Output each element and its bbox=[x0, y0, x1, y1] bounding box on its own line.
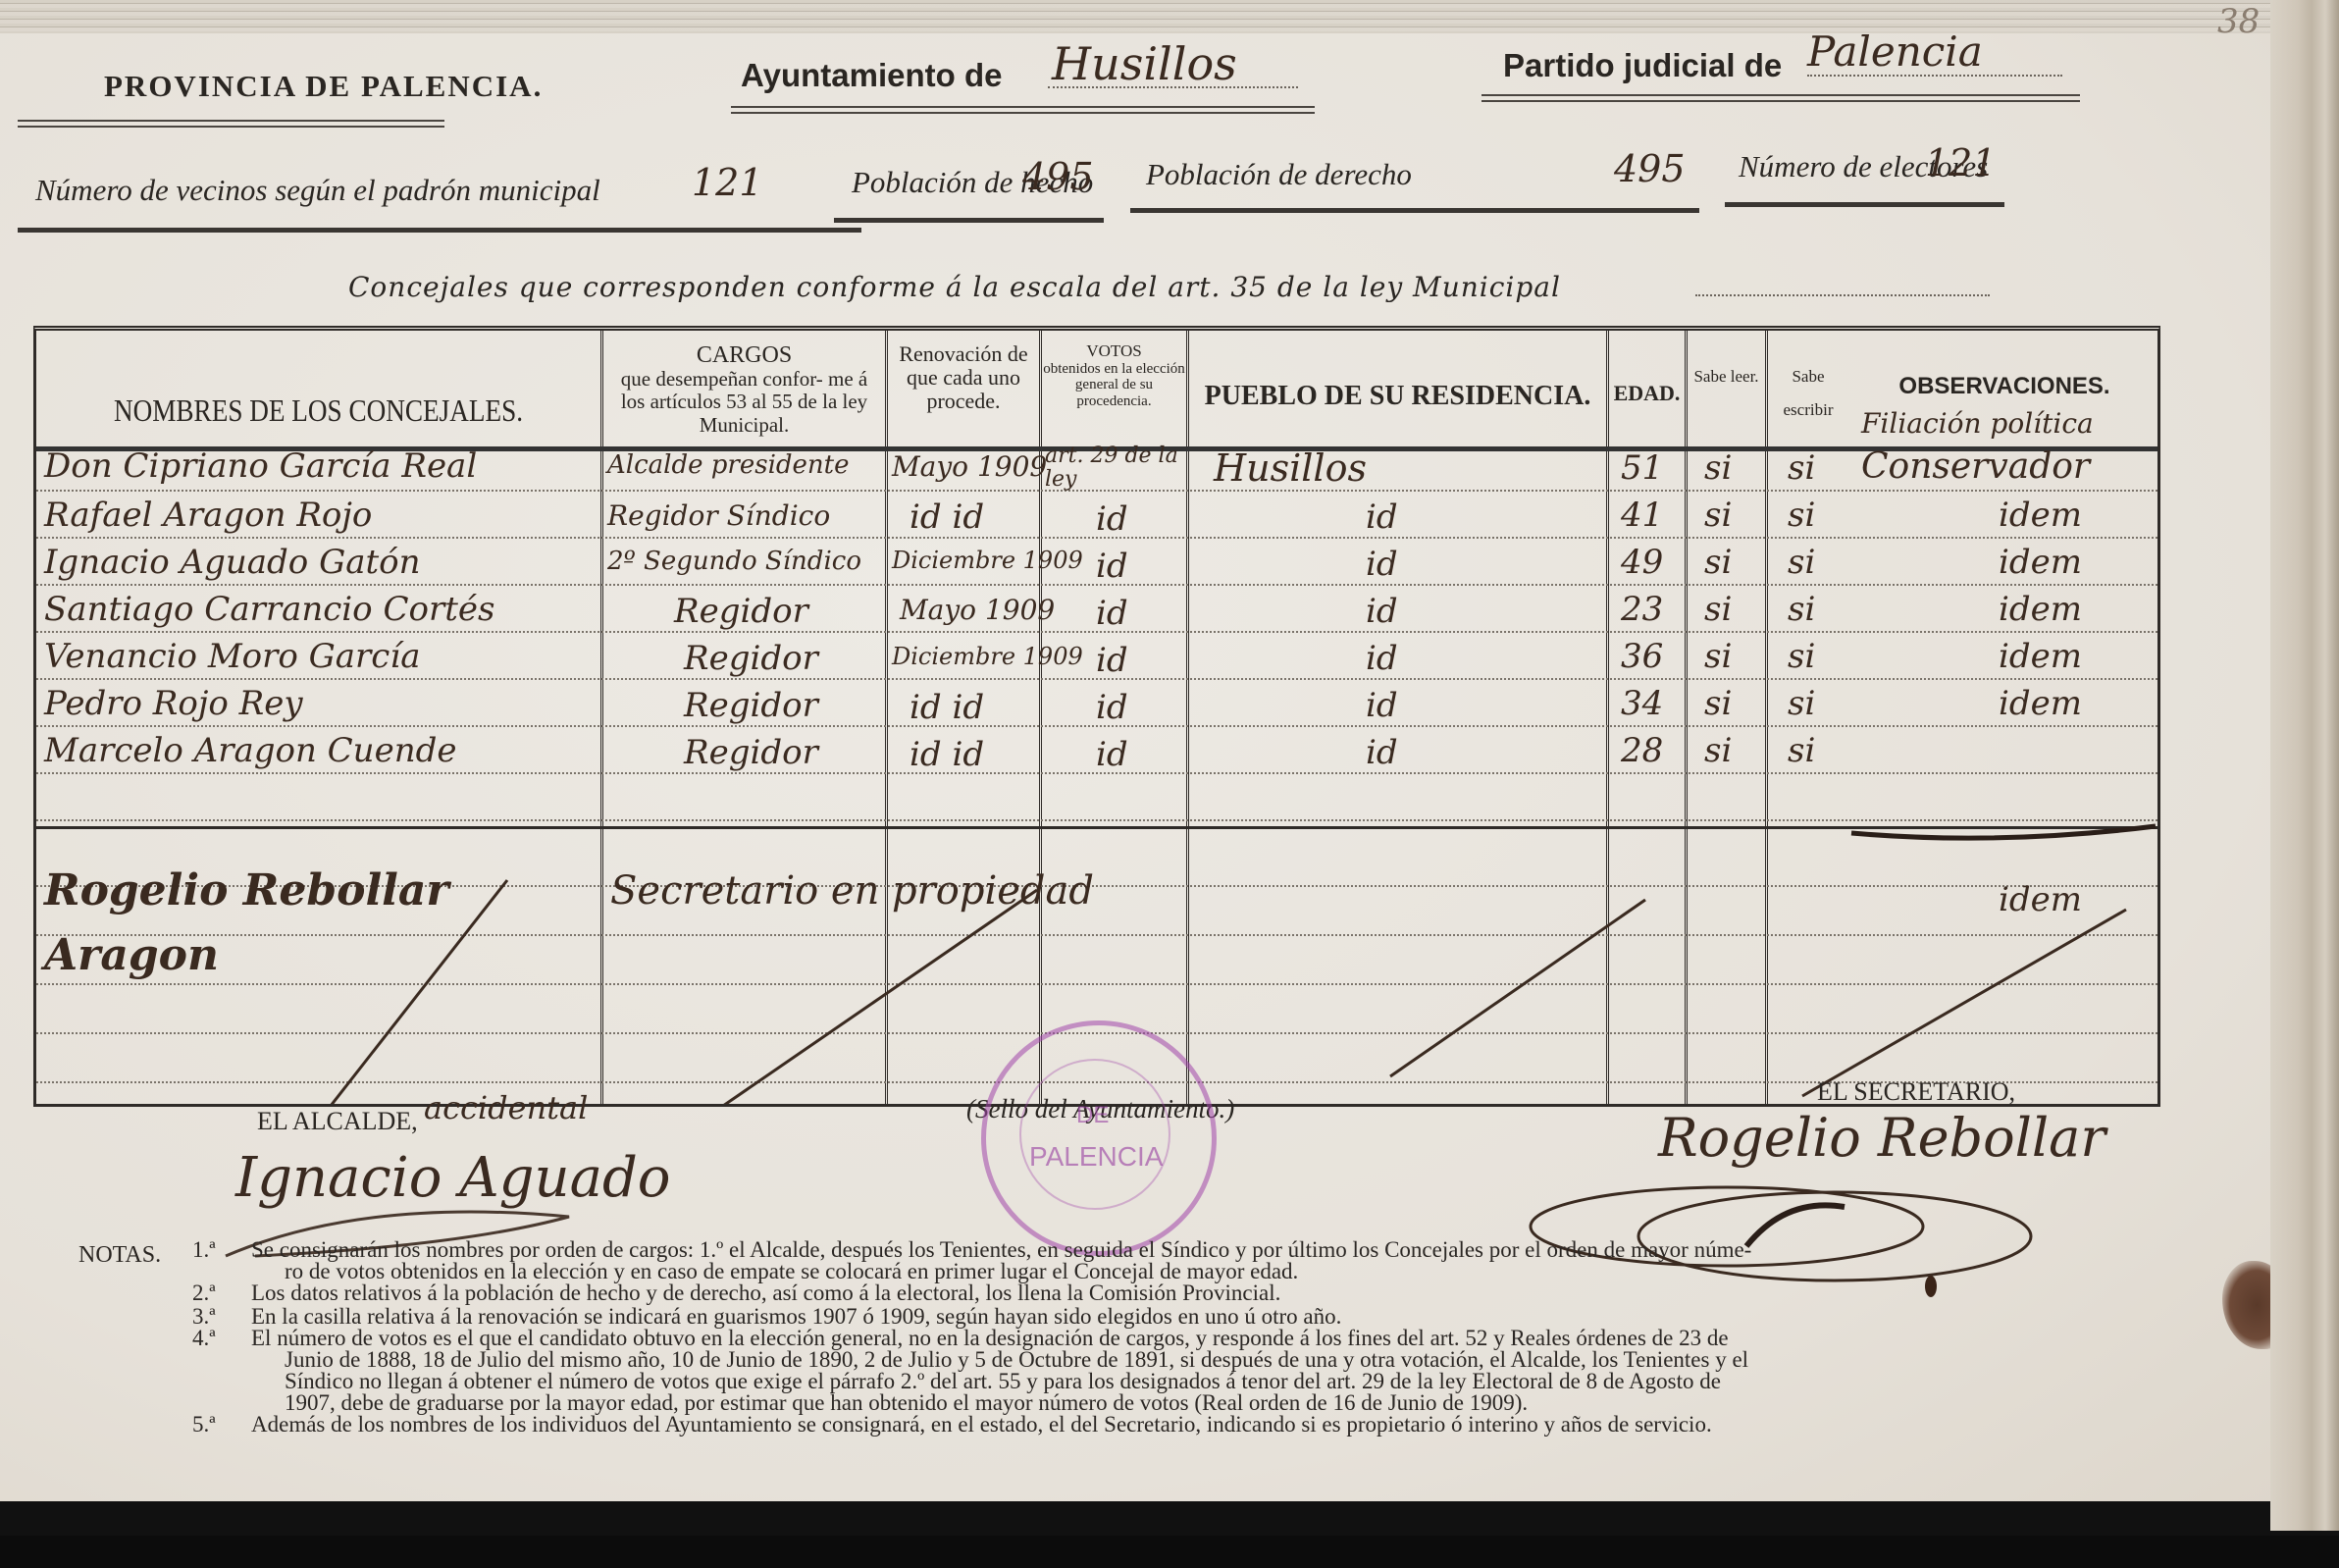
secretario-label: EL SECRETARIO, bbox=[1817, 1077, 2015, 1107]
note-number: 2.ª bbox=[192, 1281, 216, 1304]
note-number: 3.ª bbox=[192, 1305, 216, 1328]
concejales-table: NOMBRES DE LOS CONCEJALES. CARGOS que de… bbox=[33, 326, 2160, 1107]
stats-rule bbox=[1130, 208, 1699, 213]
secretario-signature: Rogelio Rebollar bbox=[1658, 1107, 2105, 1169]
partido-value: Palencia bbox=[1807, 27, 1983, 76]
vecinos-label: Número de vecinos según el padrón munici… bbox=[35, 173, 600, 208]
folio-number: 38 bbox=[2217, 2, 2260, 41]
stats-rule bbox=[834, 218, 1104, 223]
concejales-escala-line: Concejales que corresponden conforme á l… bbox=[348, 271, 1561, 303]
ayuntamiento-stamp: DE PALENCIA bbox=[981, 1020, 1217, 1256]
alcalde-accidental: accidental bbox=[424, 1089, 588, 1126]
scan-background bbox=[0, 1536, 2339, 1568]
ayuntamiento-value: Husillos bbox=[1052, 37, 1237, 90]
document-page: 38 PROVINCIA DE PALENCIA. Ayuntamiento d… bbox=[0, 0, 2286, 1501]
stamp-inner-ring bbox=[1019, 1059, 1170, 1210]
note-line: ro de votos obtenidos en la elección y e… bbox=[285, 1260, 1298, 1282]
stats-rule bbox=[1725, 202, 2004, 207]
note-line: El número de votos es el que el candidat… bbox=[251, 1327, 1729, 1349]
ayuntamiento-label: Ayuntamiento de bbox=[741, 57, 1002, 94]
cancel-strokes bbox=[36, 331, 2157, 1104]
vecinos-value: 121 bbox=[692, 161, 763, 204]
partido-field: Palencia bbox=[1807, 41, 2062, 77]
stats-rule bbox=[18, 228, 861, 233]
header-rule bbox=[18, 120, 444, 128]
partido-label: Partido judicial de bbox=[1503, 47, 1782, 84]
note-line: En la casilla relativa á la renovación s… bbox=[251, 1305, 1341, 1328]
note-number: 1.ª bbox=[192, 1238, 216, 1261]
poblacion-derecho-value: 495 bbox=[1614, 147, 1686, 190]
provincia-title: PROVINCIA DE PALENCIA. bbox=[104, 69, 543, 104]
note-line: Se consignarán los nombres por orden de … bbox=[251, 1238, 1751, 1261]
stamp-text-de: DE bbox=[1076, 1102, 1109, 1129]
note-line: Además de los nombres de los individuos … bbox=[251, 1413, 1712, 1436]
note-line: 1907, debe de graduarse por la mayor eda… bbox=[285, 1391, 1528, 1414]
ink-blot bbox=[1925, 1276, 1937, 1297]
note-number: 5.ª bbox=[192, 1413, 216, 1436]
note-number: 4.ª bbox=[192, 1327, 216, 1349]
header-rule bbox=[1481, 94, 2080, 102]
poblacion-hecho-value: 495 bbox=[1022, 155, 1094, 198]
book-page-edges bbox=[2270, 0, 2339, 1531]
alcalde-label: EL ALCALDE, bbox=[257, 1107, 418, 1136]
note-line: Síndico no llegan á obtener el número de… bbox=[285, 1370, 1721, 1392]
note-line: Junio de 1888, 18 de Julio del mismo año… bbox=[285, 1348, 1748, 1371]
stamp-text-palencia: PALENCIA bbox=[1029, 1141, 1163, 1173]
notas-title: NOTAS. bbox=[78, 1242, 161, 1269]
electores-value: 121 bbox=[1925, 141, 1997, 184]
concejales-dotline bbox=[1695, 294, 1990, 296]
header-rule bbox=[731, 106, 1315, 114]
ayuntamiento-field: Husillos bbox=[1048, 49, 1298, 88]
note-line: Los datos relativos á la población de he… bbox=[251, 1281, 1280, 1304]
secretario-flourish bbox=[1511, 1168, 2060, 1305]
poblacion-derecho-label: Población de derecho bbox=[1146, 157, 1412, 192]
